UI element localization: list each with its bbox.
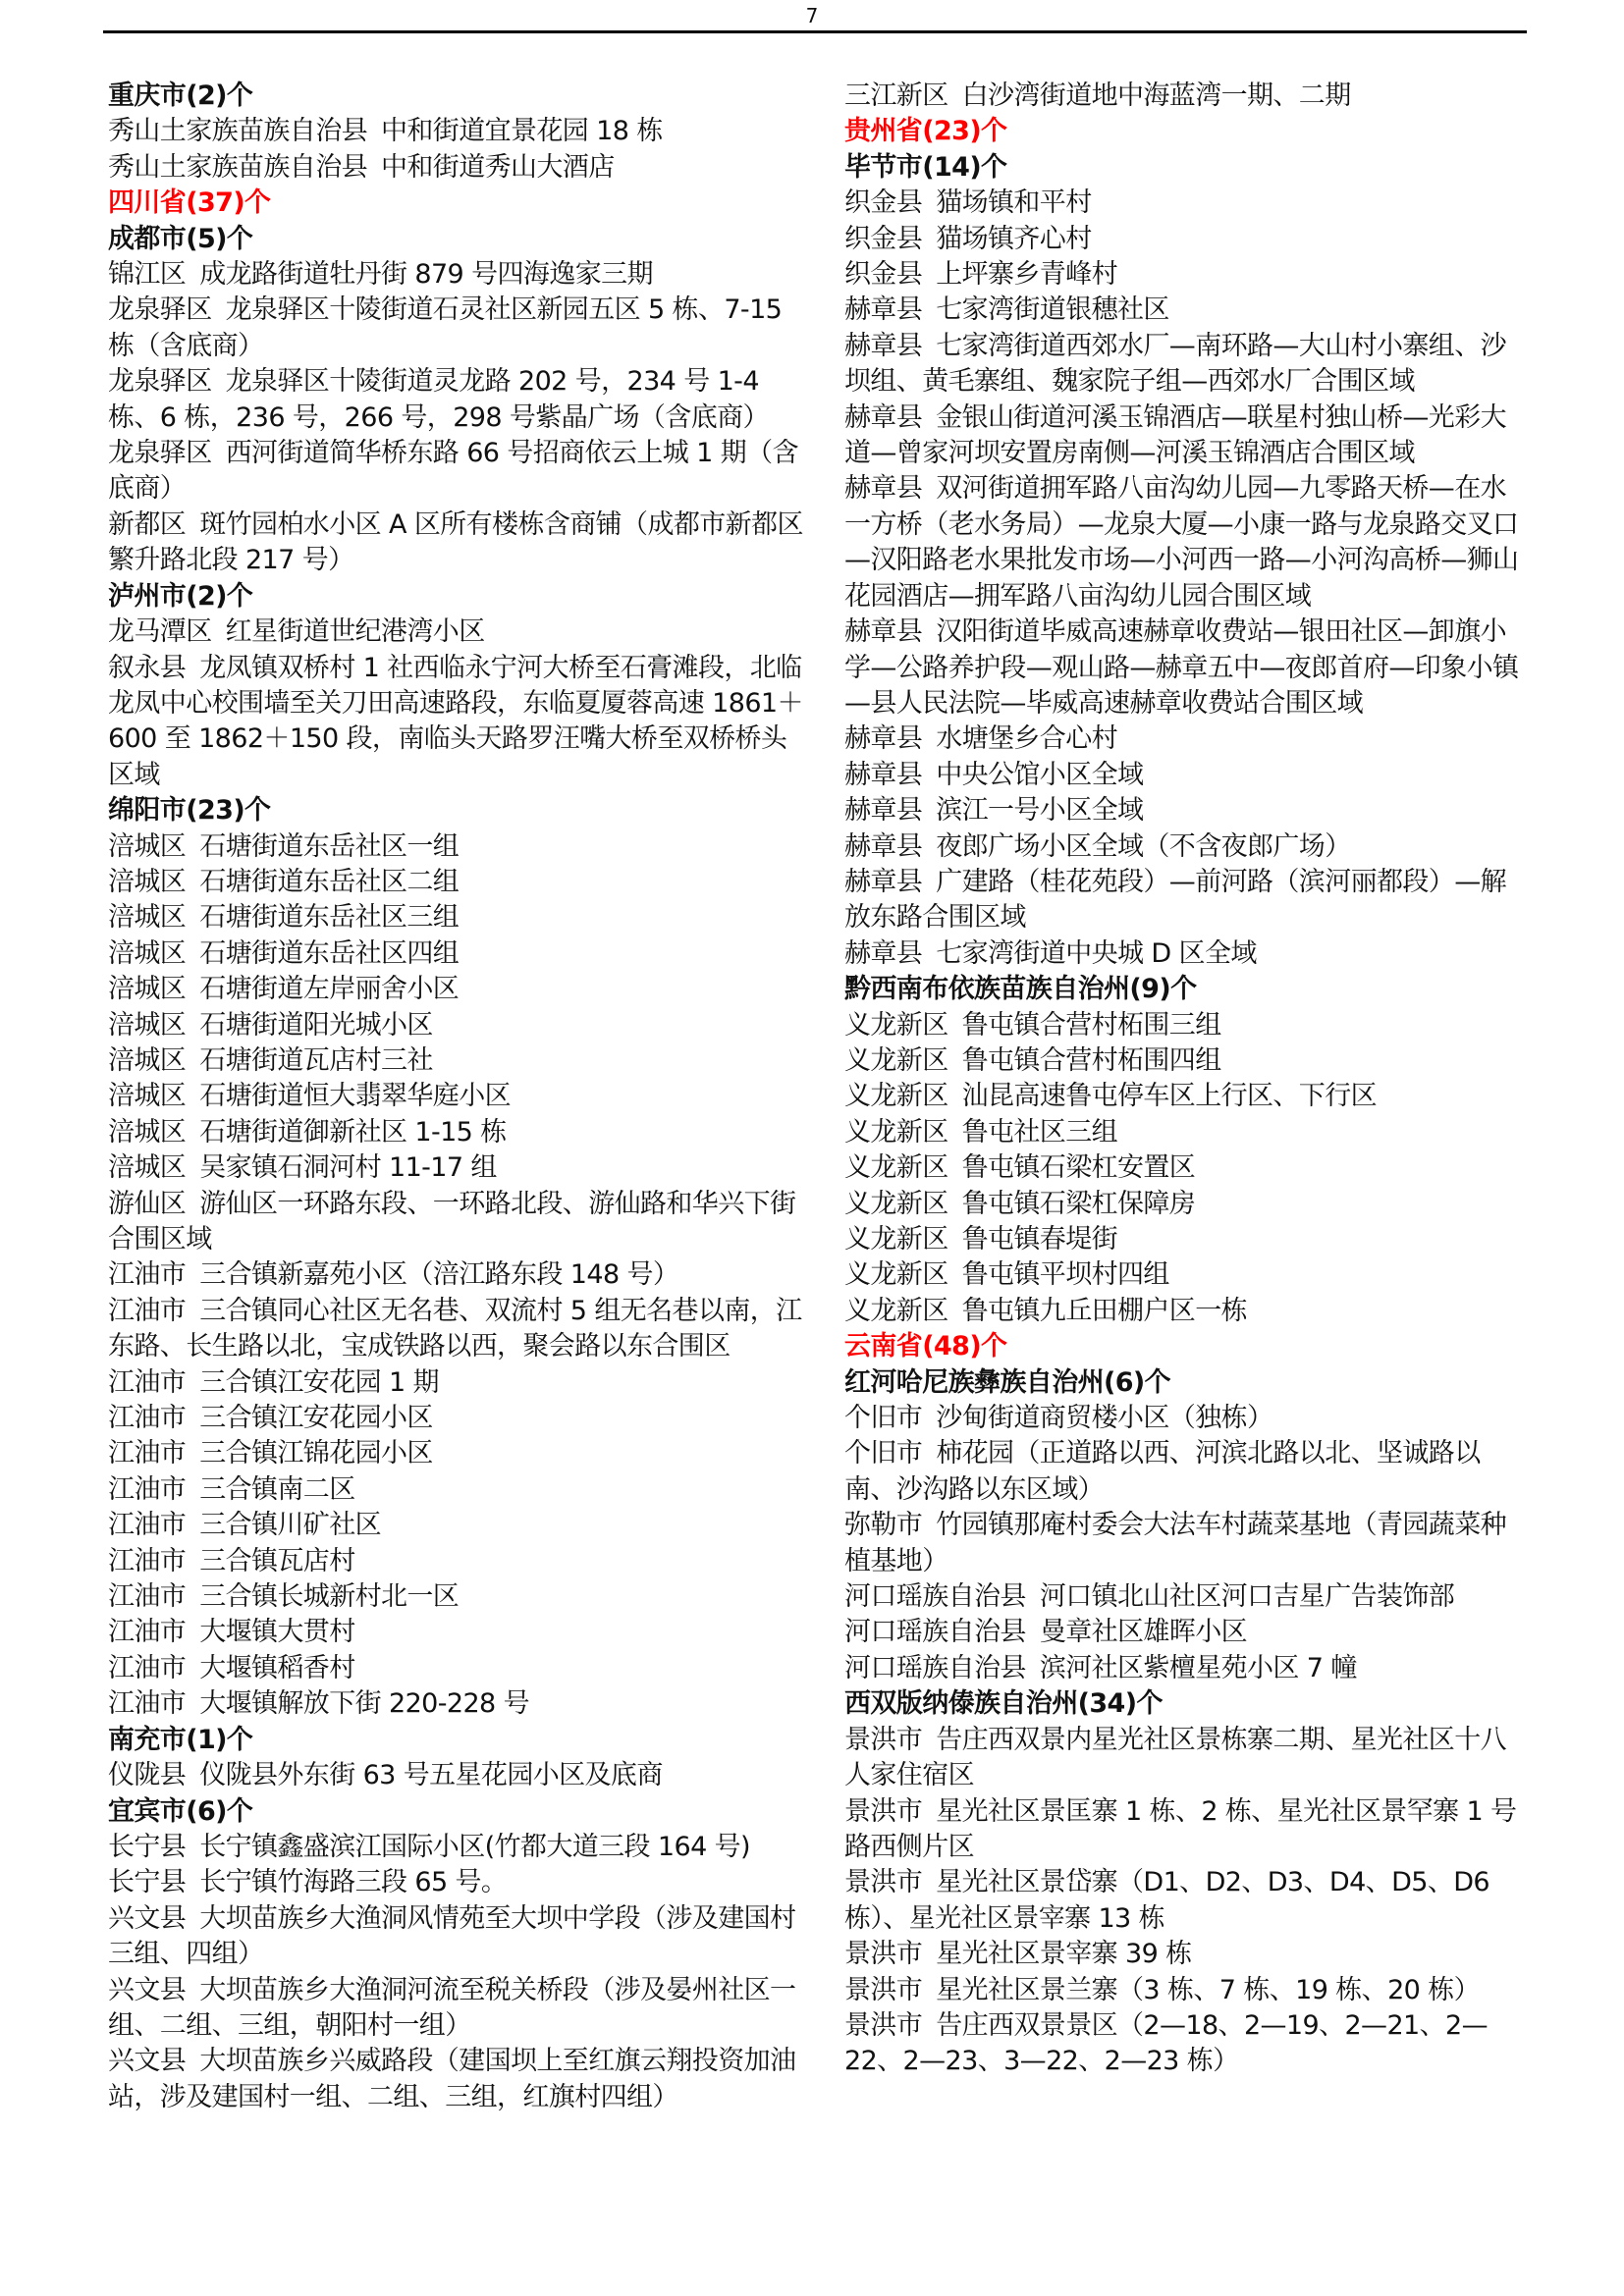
address-text: 红星街道世纪港湾小区: [226, 616, 485, 647]
county-name: 江油市: [108, 1403, 186, 1433]
county-name: 义龙新区: [844, 1117, 948, 1148]
county-name: 赫章县: [844, 473, 922, 504]
address-text: 告庄西双景内星光社区景栋寨二期、星光社区十八人家住宿区: [844, 1725, 1506, 1790]
county-name: 景洪市: [844, 1725, 922, 1755]
address-text: 七家湾街道西郊水厂—南环路—大山村小寨组、沙坝组、黄毛寨组、魏家院子组—西郊水厂…: [844, 331, 1506, 397]
address-text: 大堰镇稻香村: [199, 1653, 354, 1683]
county-name: 义龙新区: [844, 1189, 948, 1219]
address-text: 竹园镇那庵村委会大法车村蔬菜基地（青园蔬菜种植基地）: [844, 1510, 1506, 1575]
address-entry: 江油市三合镇江锦花园小区: [108, 1436, 805, 1471]
county-name: 赫章县: [844, 938, 922, 969]
county-name: 弥勒市: [844, 1510, 922, 1540]
county-name: 景洪市: [844, 1867, 922, 1897]
county-name: 义龙新区: [844, 1045, 948, 1076]
county-name: 江油市: [108, 1617, 186, 1647]
address-entry: 江油市三合镇南二区: [108, 1472, 805, 1508]
address-entry: 涪城区石塘街道东岳社区三组: [108, 900, 805, 935]
county-name: 景洪市: [844, 2010, 922, 2041]
county-name: 赫章县: [844, 331, 922, 361]
county-name: 龙泉驿区: [108, 366, 212, 397]
address-text: 大堰镇解放下街 220-228 号: [199, 1688, 529, 1719]
address-text: 河口镇北山社区河口吉星广告装饰部: [1040, 1581, 1454, 1612]
city-heading: 宜宾市(6)个: [108, 1794, 805, 1830]
county-name: 龙泉驿区: [108, 438, 212, 468]
county-name: 赫章县: [844, 760, 922, 790]
address-text: 仪陇县外东街 63 号五星花园小区及底商: [199, 1760, 663, 1790]
address-text: 三合镇南二区: [199, 1474, 354, 1505]
page-number: 7: [0, 4, 1624, 27]
county-name: 赫章县: [844, 831, 922, 862]
address-text: 星光社区景兰寨（3 栋、7 栋、19 栋、20 栋）: [936, 1975, 1480, 2005]
address-entry: 江油市三合镇同心社区无名巷、双流村 5 组无名巷以南，江东路、长生路以北，宝成铁…: [108, 1294, 805, 1365]
address-entry: 江油市大堰镇大贯村: [108, 1615, 805, 1650]
address-text: 鲁屯社区三组: [962, 1117, 1117, 1148]
address-text: 星光社区景宰寨 39 栋: [936, 1939, 1191, 1969]
address-entry: 叙永县龙凤镇双桥村 1 社西临永宁河大桥至石膏滩段，北临龙凤中心校围墙至关刀田高…: [108, 651, 805, 794]
address-text: 吴家镇石洞河村 11-17 组: [199, 1152, 497, 1183]
county-name: 秀山土家族苗族自治县: [108, 116, 367, 146]
province-heading: 云南省(48)个: [844, 1329, 1532, 1364]
county-name: 赫章县: [844, 867, 922, 897]
address-entry: 景洪市星光社区景兰寨（3 栋、7 栋、19 栋、20 栋）: [844, 1973, 1532, 2008]
address-text: 石塘街道东岳社区四组: [199, 938, 459, 969]
county-name: 义龙新区: [844, 1259, 948, 1290]
county-name: 江油市: [108, 1474, 186, 1505]
address-text: 三合镇同心社区无名巷、双流村 5 组无名巷以南，江东路、长生路以北，宝成铁路以西…: [108, 1296, 802, 1362]
address-text: 大坝苗族乡兴威路段（建国坝上至红旗云翔投资加油站，涉及建国村一组、二组、三组，红…: [108, 2046, 795, 2111]
county-name: 游仙区: [108, 1189, 186, 1219]
address-text: 滨河社区紫檀星苑小区 7 幢: [1040, 1653, 1357, 1683]
county-name: 江油市: [108, 1510, 186, 1540]
address-entry: 景洪市星光社区景宰寨 39 栋: [844, 1937, 1532, 1972]
city-heading: 南充市(1)个: [108, 1723, 805, 1758]
province-heading: 贵州省(23)个: [844, 114, 1532, 149]
address-text: 柿花园（正道路以西、河滨北路以北、坚诚路以南、沙沟路以东区域）: [844, 1438, 1481, 1504]
county-name: 景洪市: [844, 1939, 922, 1969]
county-name: 涪城区: [108, 831, 186, 862]
address-entry: 织金县猫场镇齐心村: [844, 222, 1532, 257]
address-text: 斑竹园柏水小区 A 区所有楼栋含商铺（成都市新都区繁升路北段 217 号）: [108, 509, 803, 575]
county-name: 新都区: [108, 509, 186, 540]
county-name: 江油市: [108, 1653, 186, 1683]
address-text: 三合镇川矿社区: [199, 1510, 381, 1540]
city-heading: 毕节市(14)个: [844, 150, 1532, 186]
address-entry: 江油市大堰镇解放下街 220-228 号: [108, 1686, 805, 1722]
address-entry: 赫章县七家湾街道中央城 D 区全域: [844, 936, 1532, 972]
address-entry: 涪城区吴家镇石洞河村 11-17 组: [108, 1150, 805, 1186]
county-name: 涪城区: [108, 867, 186, 897]
address-text: 石塘街道瓦店村三社: [199, 1045, 433, 1076]
county-name: 江油市: [108, 1259, 186, 1290]
county-name: 景洪市: [844, 1796, 922, 1827]
address-entry: 新都区斑竹园柏水小区 A 区所有楼栋含商铺（成都市新都区繁升路北段 217 号）: [108, 507, 805, 579]
address-entry: 长宁县长宁镇鑫盛滨江国际小区(竹都大道三段 164 号): [108, 1830, 805, 1865]
address-entry: 赫章县七家湾街道银穗社区: [844, 293, 1532, 328]
address-entry: 赫章县中央公馆小区全域: [844, 758, 1532, 793]
address-text: 鲁屯镇石梁杠安置区: [962, 1152, 1196, 1183]
address-text: 石塘街道东岳社区一组: [199, 831, 459, 862]
address-text: 金银山街道河溪玉锦酒店—联星村独山桥—光彩大道—曾家河坝安置房南侧—河溪玉锦酒店…: [844, 402, 1506, 468]
address-text: 大坝苗族乡大渔洞河流至税关桥段（涉及晏州社区一组、二组、三组，朝阳村一组）: [108, 1975, 795, 2041]
address-entry: 秀山土家族苗族自治县中和街道宜景花园 18 栋: [108, 114, 805, 149]
address-entry: 义龙新区鲁屯镇石梁杠安置区: [844, 1150, 1532, 1186]
address-entry: 义龙新区鲁屯镇合营村柘围四组: [844, 1043, 1532, 1079]
address-entry: 赫章县水塘堡乡合心村: [844, 721, 1532, 757]
address-entry: 兴文县大坝苗族乡大渔洞河流至税关桥段（涉及晏州社区一组、二组、三组，朝阳村一组）: [108, 1973, 805, 2045]
address-entry: 个旧市沙甸街道商贸楼小区（独栋）: [844, 1401, 1532, 1436]
county-name: 赫章县: [844, 616, 922, 647]
address-entry: 弥勒市竹园镇那庵村委会大法车村蔬菜基地（青园蔬菜种植基地）: [844, 1508, 1532, 1579]
address-entry: 涪城区石塘街道瓦店村三社: [108, 1043, 805, 1079]
address-entry: 赫章县汉阳街道毕威高速赫章收费站—银田社区—卸旗小学—公路养护段—观山路—赫章五…: [844, 614, 1532, 721]
address-entry: 赫章县金银山街道河溪玉锦酒店—联星村独山桥—光彩大道—曾家河坝安置房南侧—河溪玉…: [844, 400, 1532, 472]
address-text: 石塘街道阳光城小区: [199, 1010, 433, 1041]
address-text: 中央公馆小区全域: [936, 760, 1143, 790]
address-entry: 江油市三合镇江安花园 1 期: [108, 1365, 805, 1401]
county-name: 江油市: [108, 1438, 186, 1468]
county-name: 赫章县: [844, 795, 922, 826]
address-text: 三合镇长城新村北一区: [199, 1581, 459, 1612]
address-entry: 游仙区游仙区一环路东段、一环路北段、游仙路和华兴下街合围区域: [108, 1187, 805, 1258]
address-entry: 江油市三合镇新嘉苑小区（涪江路东段 148 号）: [108, 1257, 805, 1293]
address-entry: 赫章县双河街道拥军路八亩沟幼儿园—九零路天桥—在水一方桥（老水务局）—龙泉大厦—…: [844, 471, 1532, 614]
county-name: 个旧市: [844, 1438, 922, 1468]
county-name: 义龙新区: [844, 1224, 948, 1255]
address-text: 星光社区景匡寨 1 栋、2 栋、星光社区景罕寨 1 号路西侧片区: [844, 1796, 1516, 1862]
county-name: 江油市: [108, 1296, 186, 1326]
left-column: 重庆市(2)个秀山土家族苗族自治县中和街道宜景花园 18 栋秀山土家族苗族自治县…: [108, 79, 805, 2115]
address-text: 石塘街道左岸丽舍小区: [199, 974, 459, 1004]
address-entry: 个旧市柿花园（正道路以西、河滨北路以北、坚诚路以南、沙沟路以东区域）: [844, 1436, 1532, 1508]
address-entry: 江油市三合镇长城新村北一区: [108, 1579, 805, 1615]
address-entry: 织金县上坪寨乡青峰村: [844, 257, 1532, 293]
address-text: 鲁屯镇合营村柘围三组: [962, 1010, 1221, 1041]
county-name: 涪城区: [108, 1081, 186, 1111]
address-entry: 兴文县大坝苗族乡兴威路段（建国坝上至红旗云翔投资加油站，涉及建国村一组、二组、三…: [108, 2044, 805, 2115]
county-name: 江油市: [108, 1581, 186, 1612]
address-text: 三合镇新嘉苑小区（涪江路东段 148 号）: [199, 1259, 678, 1290]
address-text: 三合镇江安花园小区: [199, 1403, 433, 1433]
address-entry: 义龙新区鲁屯镇平坝村四组: [844, 1257, 1532, 1293]
address-entry: 河口瑶族自治县滨河社区紫檀星苑小区 7 幢: [844, 1651, 1532, 1686]
address-text: 三合镇瓦店村: [199, 1546, 354, 1576]
address-text: 七家湾街道银穗社区: [936, 294, 1169, 325]
address-text: 鲁屯镇石梁杠保障房: [962, 1189, 1196, 1219]
address-text: 沙甸街道商贸楼小区（独栋）: [936, 1403, 1272, 1433]
address-text: 中和街道秀山大酒店: [381, 152, 615, 183]
address-text: 上坪寨乡青峰村: [936, 259, 1117, 290]
county-name: 赫章县: [844, 294, 922, 325]
address-entry: 秀山土家族苗族自治县中和街道秀山大酒店: [108, 150, 805, 186]
county-name: 个旧市: [844, 1403, 922, 1433]
county-name: 龙马潭区: [108, 616, 212, 647]
county-name: 长宁县: [108, 1832, 186, 1862]
county-name: 义龙新区: [844, 1010, 948, 1041]
address-entry: 义龙新区汕昆高速鲁屯停车区上行区、下行区: [844, 1079, 1532, 1114]
county-name: 兴文县: [108, 2046, 186, 2076]
county-name: 织金县: [844, 224, 922, 254]
address-entry: 江油市三合镇瓦店村: [108, 1544, 805, 1579]
header-rule: [103, 30, 1527, 33]
county-name: 河口瑶族自治县: [844, 1581, 1026, 1612]
address-text: 大坝苗族乡大渔洞风情苑至大坝中学段（涉及建国村三组、四组）: [108, 1903, 795, 1969]
address-text: 石塘街道御新社区 1-15 栋: [199, 1117, 506, 1148]
address-text: 三合镇江安花园 1 期: [199, 1367, 439, 1398]
address-text: 猫场镇齐心村: [936, 224, 1091, 254]
county-name: 涪城区: [108, 902, 186, 933]
county-name: 长宁县: [108, 1867, 186, 1897]
city-heading: 泸州市(2)个: [108, 579, 805, 614]
address-entry: 赫章县广建路（桂花苑段）—前河路（滨河丽都段）—解放东路合围区域: [844, 865, 1532, 936]
address-text: 广建路（桂花苑段）—前河路（滨河丽都段）—解放东路合围区域: [844, 867, 1506, 933]
address-text: 水塘堡乡合心村: [936, 723, 1117, 754]
city-heading: 重庆市(2)个: [108, 79, 805, 114]
address-entry: 锦江区成龙路街道牡丹街 879 号四海逸家三期: [108, 257, 805, 293]
county-name: 涪城区: [108, 1045, 186, 1076]
county-name: 涪城区: [108, 938, 186, 969]
address-text: 长宁镇竹海路三段 65 号。: [199, 1867, 507, 1897]
address-entry: 涪城区石塘街道左岸丽舍小区: [108, 972, 805, 1007]
address-entry: 景洪市星光社区景匡寨 1 栋、2 栋、星光社区景罕寨 1 号路西侧片区: [844, 1794, 1532, 1866]
county-name: 景洪市: [844, 1975, 922, 2005]
city-heading: 黔西南布依族苗族自治州(9)个: [844, 972, 1532, 1007]
address-entry: 赫章县夜郎广场小区全域（不含夜郎广场）: [844, 829, 1532, 865]
address-text: 双河街道拥军路八亩沟幼儿园—九零路天桥—在水一方桥（老水务局）—龙泉大厦—小康一…: [844, 473, 1518, 611]
address-text: 汉阳街道毕威高速赫章收费站—银田社区—卸旗小学—公路养护段—观山路—赫章五中—夜…: [844, 616, 1518, 719]
address-text: 滨江一号小区全域: [936, 795, 1143, 826]
county-name: 赫章县: [844, 723, 922, 754]
address-text: 告庄西双景景区（2—18、2—19、2—21、2—22、2—23、3—22、2—…: [844, 2010, 1488, 2076]
address-entry: 江油市三合镇江安花园小区: [108, 1401, 805, 1436]
address-text: 夜郎广场小区全域（不含夜郎广场）: [936, 831, 1350, 862]
address-entry: 仪陇县仪陇县外东街 63 号五星花园小区及底商: [108, 1758, 805, 1793]
address-entry: 景洪市告庄西双景内星光社区景栋寨二期、星光社区十八人家住宿区: [844, 1723, 1532, 1794]
county-name: 锦江区: [108, 259, 186, 290]
county-name: 织金县: [844, 259, 922, 290]
address-text: 石塘街道恒大翡翠华庭小区: [199, 1081, 511, 1111]
county-name: 三江新区: [844, 80, 948, 111]
address-entry: 龙泉驿区龙泉驿区十陵街道石灵社区新园五区 5 栋、7-15 栋（含底商）: [108, 293, 805, 364]
address-entry: 义龙新区鲁屯镇石梁杠保障房: [844, 1187, 1532, 1222]
address-entry: 涪城区石塘街道恒大翡翠华庭小区: [108, 1079, 805, 1114]
county-name: 江油市: [108, 1688, 186, 1719]
address-entry: 龙马潭区红星街道世纪港湾小区: [108, 614, 805, 650]
city-heading: 西双版纳傣族自治州(34)个: [844, 1686, 1532, 1722]
county-name: 龙泉驿区: [108, 294, 212, 325]
right-column: 三江新区白沙湾街道地中海蓝湾一期、二期贵州省(23)个毕节市(14)个织金县猫场…: [844, 79, 1532, 2080]
county-name: 织金县: [844, 187, 922, 218]
county-name: 河口瑶族自治县: [844, 1653, 1026, 1683]
province-heading: 四川省(37)个: [108, 186, 805, 221]
county-name: 江油市: [108, 1546, 186, 1576]
address-entry: 江油市三合镇川矿社区: [108, 1508, 805, 1543]
address-entry: 河口瑶族自治县河口镇北山社区河口吉星广告装饰部: [844, 1579, 1532, 1615]
address-entry: 涪城区石塘街道东岳社区四组: [108, 936, 805, 972]
address-text: 鲁屯镇平坝村四组: [962, 1259, 1169, 1290]
address-entry: 三江新区白沙湾街道地中海蓝湾一期、二期: [844, 79, 1532, 114]
address-text: 龙凤镇双桥村 1 社西临永宁河大桥至石膏滩段，北临龙凤中心校围墙至关刀田高速路段…: [108, 653, 803, 790]
address-text: 汕昆高速鲁屯停车区上行区、下行区: [962, 1081, 1377, 1111]
address-entry: 景洪市星光社区景岱寨（D1、D2、D3、D4、D5、D6 栋）、星光社区景宰寨 …: [844, 1865, 1532, 1937]
address-text: 中和街道宜景花园 18 栋: [381, 116, 663, 146]
address-entry: 义龙新区鲁屯镇合营村柘围三组: [844, 1008, 1532, 1043]
city-heading: 红河哈尼族彝族自治州(6)个: [844, 1365, 1532, 1401]
address-entry: 长宁县长宁镇竹海路三段 65 号。: [108, 1865, 805, 1900]
county-name: 义龙新区: [844, 1152, 948, 1183]
address-text: 曼章社区雄晖小区: [1040, 1617, 1247, 1647]
address-entry: 涪城区石塘街道御新社区 1-15 栋: [108, 1115, 805, 1150]
county-name: 涪城区: [108, 1152, 186, 1183]
address-text: 七家湾街道中央城 D 区全域: [936, 938, 1257, 969]
address-text: 成龙路街道牡丹街 879 号四海逸家三期: [199, 259, 653, 290]
address-entry: 景洪市告庄西双景景区（2—18、2—19、2—21、2—22、2—23、3—22…: [844, 2008, 1532, 2080]
county-name: 兴文县: [108, 1903, 186, 1934]
address-entry: 涪城区石塘街道阳光城小区: [108, 1008, 805, 1043]
address-entry: 赫章县滨江一号小区全域: [844, 793, 1532, 828]
address-entry: 涪城区石塘街道东岳社区二组: [108, 865, 805, 900]
address-text: 猫场镇和平村: [936, 187, 1091, 218]
address-text: 游仙区一环路东段、一环路北段、游仙路和华兴下街合围区域: [108, 1189, 795, 1255]
city-heading: 成都市(5)个: [108, 222, 805, 257]
address-text: 石塘街道东岳社区二组: [199, 867, 459, 897]
address-text: 三合镇江锦花园小区: [199, 1438, 433, 1468]
city-heading: 绵阳市(23)个: [108, 793, 805, 828]
address-text: 鲁屯镇春堤街: [962, 1224, 1117, 1255]
address-entry: 龙泉驿区龙泉驿区十陵街道灵龙路 202 号，234 号 1-4 栋、6 栋，23…: [108, 364, 805, 436]
address-entry: 兴文县大坝苗族乡大渔洞风情苑至大坝中学段（涉及建国村三组、四组）: [108, 1901, 805, 1973]
county-name: 涪城区: [108, 974, 186, 1004]
address-entry: 义龙新区鲁屯镇九丘田棚户区一栋: [844, 1294, 1532, 1329]
county-name: 秀山土家族苗族自治县: [108, 152, 367, 183]
address-entry: 江油市大堰镇稻香村: [108, 1651, 805, 1686]
county-name: 涪城区: [108, 1117, 186, 1148]
address-text: 星光社区景岱寨（D1、D2、D3、D4、D5、D6 栋）、星光社区景宰寨 13 …: [844, 1867, 1489, 1933]
county-name: 兴文县: [108, 1975, 186, 2005]
address-entry: 涪城区石塘街道东岳社区一组: [108, 829, 805, 865]
address-text: 石塘街道东岳社区三组: [199, 902, 459, 933]
address-text: 鲁屯镇合营村柘围四组: [962, 1045, 1221, 1076]
address-text: 白沙湾街道地中海蓝湾一期、二期: [962, 80, 1351, 111]
address-entry: 赫章县七家湾街道西郊水厂—南环路—大山村小寨组、沙坝组、黄毛寨组、魏家院子组—西…: [844, 329, 1532, 400]
address-entry: 义龙新区鲁屯镇春堤街: [844, 1222, 1532, 1257]
address-entry: 河口瑶族自治县曼章社区雄晖小区: [844, 1615, 1532, 1650]
address-text: 大堰镇大贯村: [199, 1617, 354, 1647]
address-entry: 织金县猫场镇和平村: [844, 186, 1532, 221]
address-text: 鲁屯镇九丘田棚户区一栋: [962, 1296, 1247, 1326]
address-entry: 义龙新区鲁屯社区三组: [844, 1115, 1532, 1150]
county-name: 赫章县: [844, 402, 922, 433]
county-name: 涪城区: [108, 1010, 186, 1041]
county-name: 义龙新区: [844, 1296, 948, 1326]
county-name: 河口瑶族自治县: [844, 1617, 1026, 1647]
county-name: 江油市: [108, 1367, 186, 1398]
county-name: 叙永县: [108, 653, 186, 683]
address-text: 长宁镇鑫盛滨江国际小区(竹都大道三段 164 号): [199, 1832, 750, 1862]
county-name: 义龙新区: [844, 1081, 948, 1111]
county-name: 仪陇县: [108, 1760, 186, 1790]
address-entry: 龙泉驿区西河街道简华桥东路 66 号招商依云上城 1 期（含底商）: [108, 436, 805, 507]
